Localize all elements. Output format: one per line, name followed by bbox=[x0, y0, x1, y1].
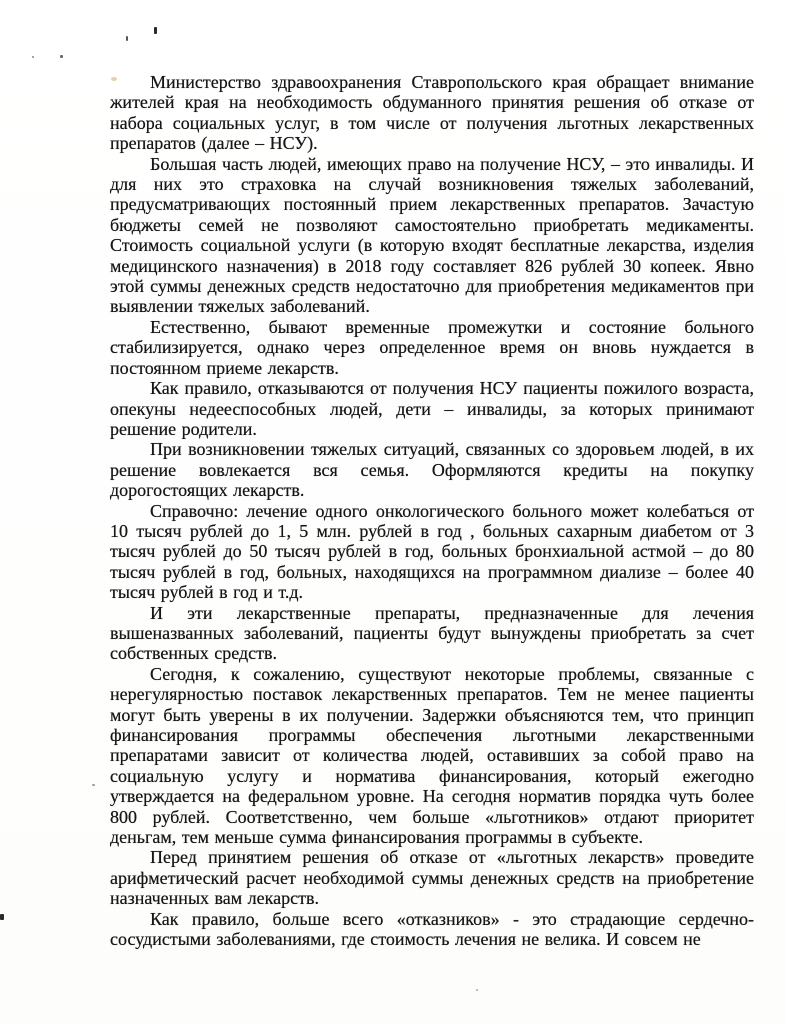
scan-speck bbox=[476, 989, 478, 991]
scan-speck bbox=[154, 27, 157, 34]
scanned-document-page: Министерство здравоохранения Ставропольс… bbox=[0, 0, 786, 1024]
paragraph: Естественно, бывают временные промежутки… bbox=[110, 317, 754, 378]
scan-speck bbox=[0, 914, 4, 920]
scan-speck bbox=[92, 784, 95, 786]
paragraph: Как правило, больше всего «отказников» -… bbox=[110, 909, 754, 950]
scan-speck bbox=[32, 56, 34, 58]
paragraph: Сегодня, к сожалению, существуют некотор… bbox=[110, 664, 754, 848]
paragraph: Как правило, отказываются от получения Н… bbox=[110, 378, 754, 439]
paragraph: Министерство здравоохранения Ставропольс… bbox=[110, 72, 754, 154]
paragraph: Большая часть людей, имеющих право на по… bbox=[110, 154, 754, 317]
document-body: Министерство здравоохранения Ставропольс… bbox=[110, 72, 754, 949]
paragraph: Перед принятием решения об отказе от «ль… bbox=[110, 847, 754, 908]
scan-speck bbox=[126, 36, 128, 41]
paragraph: И эти лекарственные препараты, предназна… bbox=[110, 603, 754, 664]
paragraph: Справочно: лечение одного онкологическог… bbox=[110, 501, 754, 603]
scan-speck bbox=[60, 55, 63, 58]
paragraph: При возникновении тяжелых ситуаций, связ… bbox=[110, 439, 754, 500]
